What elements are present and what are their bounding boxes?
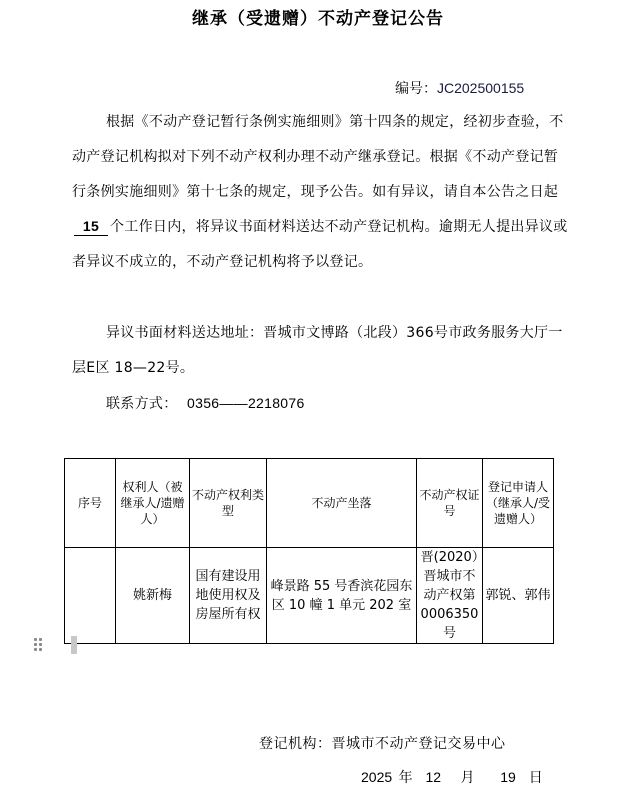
document-number: 编号：JC202500155 — [395, 78, 524, 98]
cell-index — [65, 548, 116, 644]
announcement-date: 2025 年 12 月 19 日 — [361, 767, 543, 787]
table-move-handle-icon[interactable] — [34, 638, 44, 652]
contact-label: 联系方式： — [106, 396, 178, 412]
announcement-paragraph: 根据《不动产登记暂行条例实施细则》第十四条的规定，经初步查验，不动产登记机构拟对… — [72, 105, 572, 280]
cell-location: 峰景路 55 号香滨花园东区 10 幢 1 单元 202 室 — [267, 548, 417, 644]
registration-table: 序号 权利人（被继承人/遗赠人） 不动产权利类型 不动产坐落 不动产权证号 登记… — [64, 458, 554, 644]
cell-right-type: 国有建设用地使用权及房屋所有权 — [190, 548, 267, 644]
header-certificate-no: 不动产权证号 — [417, 459, 483, 548]
registration-authority: 登记机构：晋城市不动产登记交易中心 — [259, 733, 506, 753]
cell-certificate-no: 晋(2020）晋城市不动产权第0006350号 — [417, 548, 483, 644]
date-year: 2025 — [361, 769, 392, 785]
document-number-label: 编号： — [395, 81, 437, 97]
cell-applicant: 郭锐、郭伟 — [483, 548, 554, 644]
date-month: 12 — [426, 769, 442, 785]
contact-line: 联系方式： 0356——2218076 — [106, 386, 606, 422]
header-location: 不动产坐落 — [267, 459, 417, 548]
objection-days-value: 15 — [74, 217, 108, 236]
cell-right-holder: 姚新梅 — [116, 548, 190, 644]
header-right-type: 不动产权利类型 — [190, 459, 267, 548]
table-row: 姚新梅 国有建设用地使用权及房屋所有权 峰景路 55 号香滨花园东区 10 幢 … — [65, 548, 554, 644]
table-header-row: 序号 权利人（被继承人/遗赠人） 不动产权利类型 不动产坐落 不动产权证号 登记… — [65, 459, 554, 548]
date-day-unit: 日 — [529, 770, 543, 786]
date-day: 19 — [500, 769, 516, 785]
announcement-text-part2: 个工作日内，将异议书面材料送达不动产登记机构。逾期无人提出异议或者异议不成立的，… — [72, 219, 568, 270]
header-right-holder: 权利人（被继承人/遗赠人） — [116, 459, 190, 548]
address-text: 异议书面材料送达地址：晋城市文博路（北段）366号市政务服务大厅一层E区 18—… — [72, 325, 563, 376]
text-cursor-marker — [71, 636, 77, 654]
address-paragraph: 异议书面材料送达地址：晋城市文博路（北段）366号市政务服务大厅一层E区 18—… — [72, 316, 572, 386]
date-year-unit: 年 — [399, 770, 413, 786]
document-number-value: JC202500155 — [437, 80, 524, 96]
header-applicant: 登记申请人（继承人/受遗赠人） — [483, 459, 554, 548]
announcement-text-part1: 根据《不动产登记暂行条例实施细则》第十四条的规定，经初步查验，不动产登记机构拟对… — [72, 114, 564, 200]
date-month-unit: 月 — [460, 770, 474, 786]
contact-phone: 0356——2218076 — [187, 395, 305, 411]
header-index: 序号 — [65, 459, 116, 548]
page-title: 继承（受遗赠）不动产登记公告 — [0, 4, 636, 29]
